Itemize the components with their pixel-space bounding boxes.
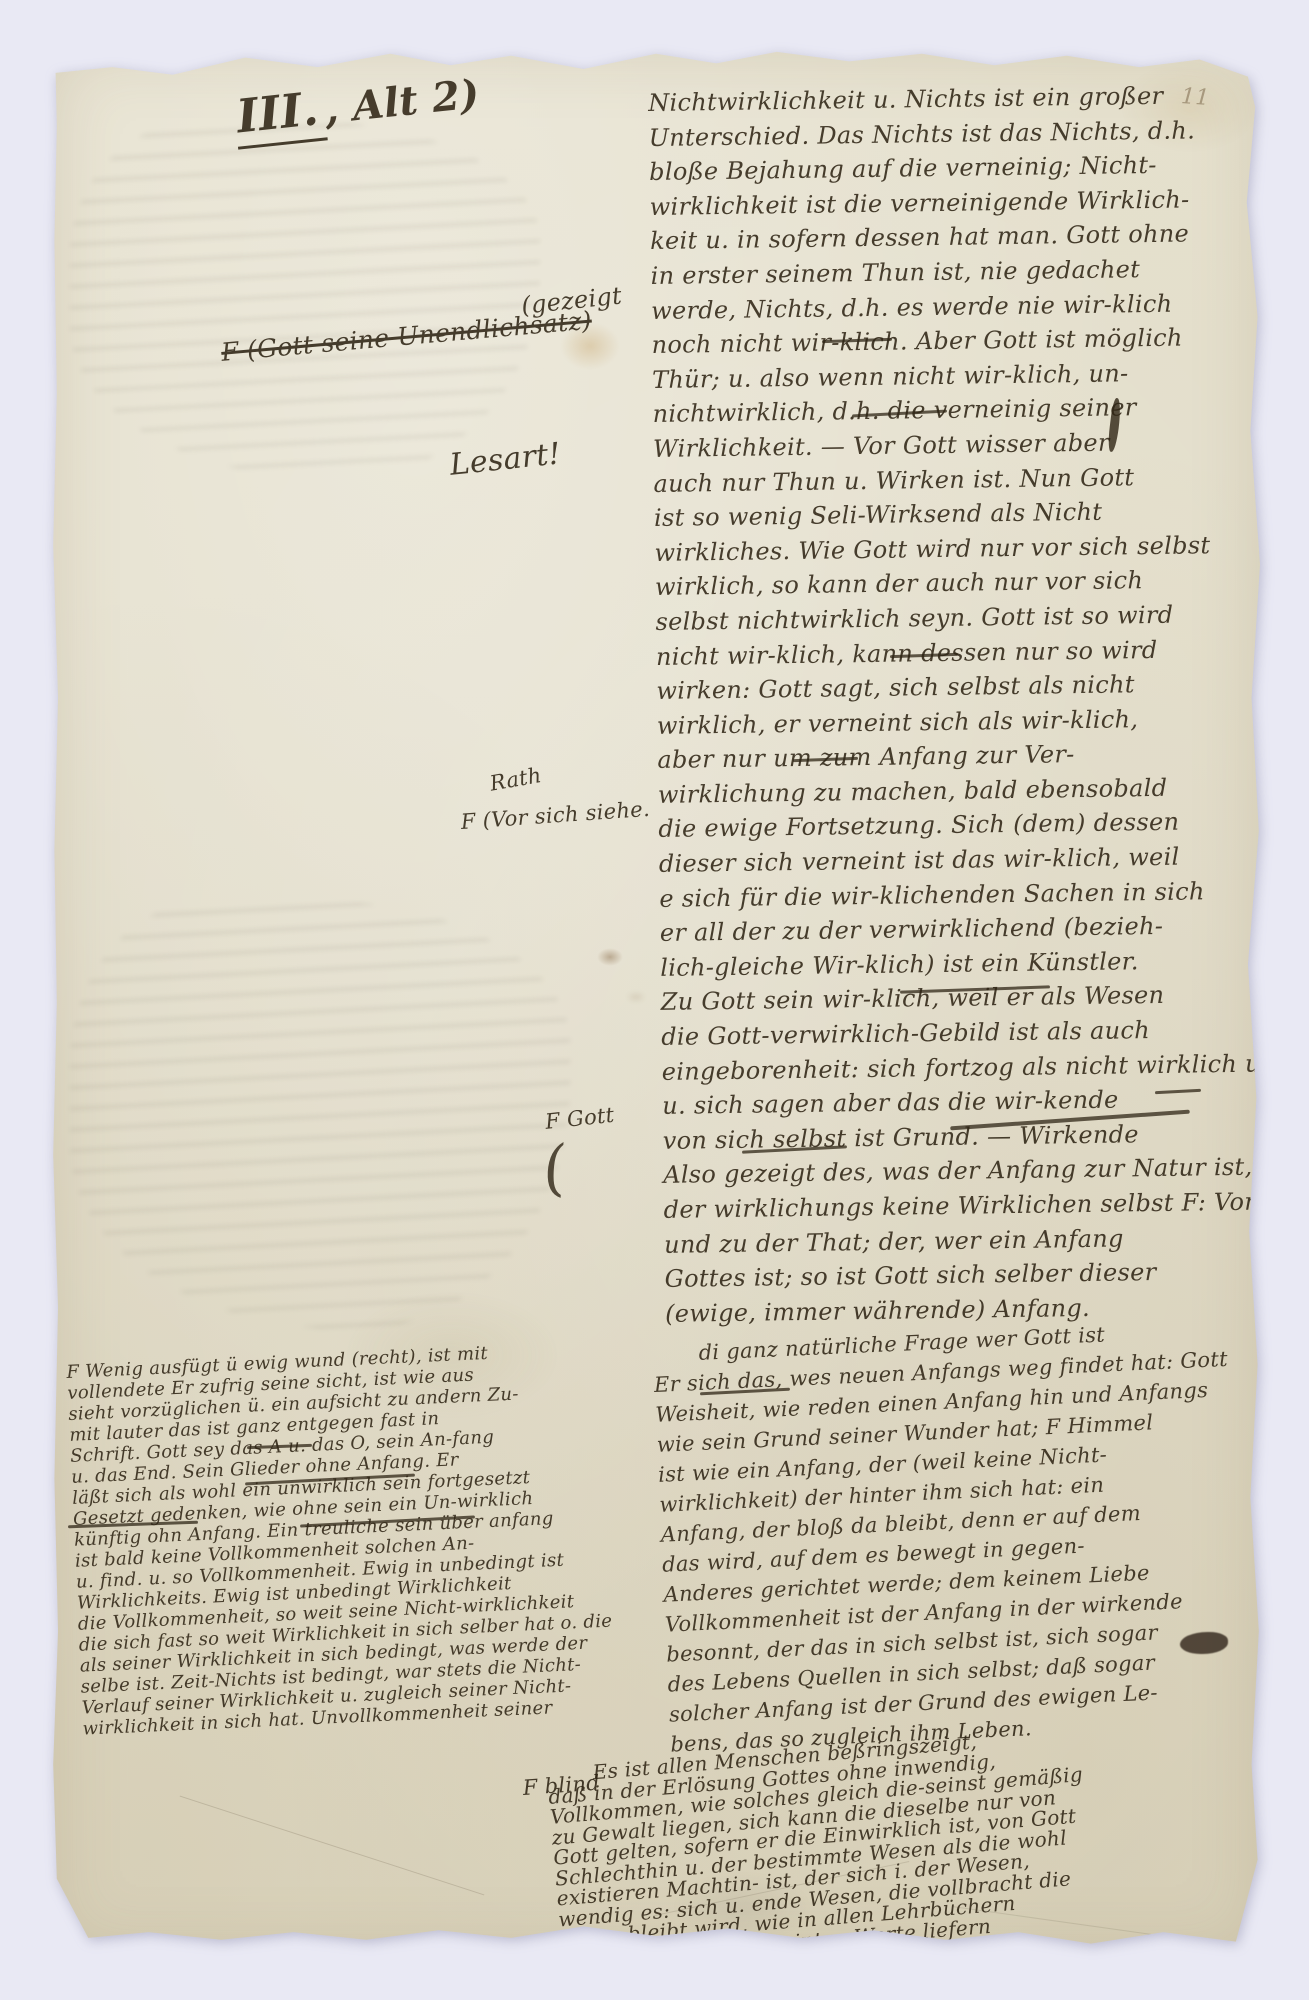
- right-column-paragraph-2: di ganz natürliche Frage wer Gott istEr …: [652, 1313, 1260, 1759]
- heading-rest: , Alt 2): [322, 70, 482, 133]
- manuscript-page: 11 III., Alt 2) (gezeigt F (Gott seine U…: [52, 50, 1260, 1955]
- left-bottom-paragraph: F Wenig ausfügt ü ewig wund (recht), ist…: [66, 1337, 643, 1740]
- margin-note-rath: Rath: [488, 763, 543, 796]
- right-column-paragraph-3: Es ist allen Menschen beßringszeigt,daß …: [546, 1709, 1266, 1970]
- paper-crease: [180, 1796, 485, 1896]
- margin-note-vor-sich: F (Vor sich siehe.: [460, 797, 651, 834]
- manuscript-paper-wrap: 11 III., Alt 2) (gezeigt F (Gott seine U…: [52, 50, 1260, 1955]
- heading-numeral: III.: [232, 81, 328, 150]
- scan-background: 11 III., Alt 2) (gezeigt F (Gott seine U…: [0, 0, 1309, 2000]
- annotation-lesart: Lesart!: [448, 436, 563, 482]
- ink-spot: [597, 948, 623, 966]
- ink-bleedthrough: [70, 900, 570, 1330]
- right-column-paragraph-1: Nichtwirklichkeit u. Nichts ist ein groß…: [648, 78, 1265, 1332]
- ink-bleedthrough: [70, 120, 540, 480]
